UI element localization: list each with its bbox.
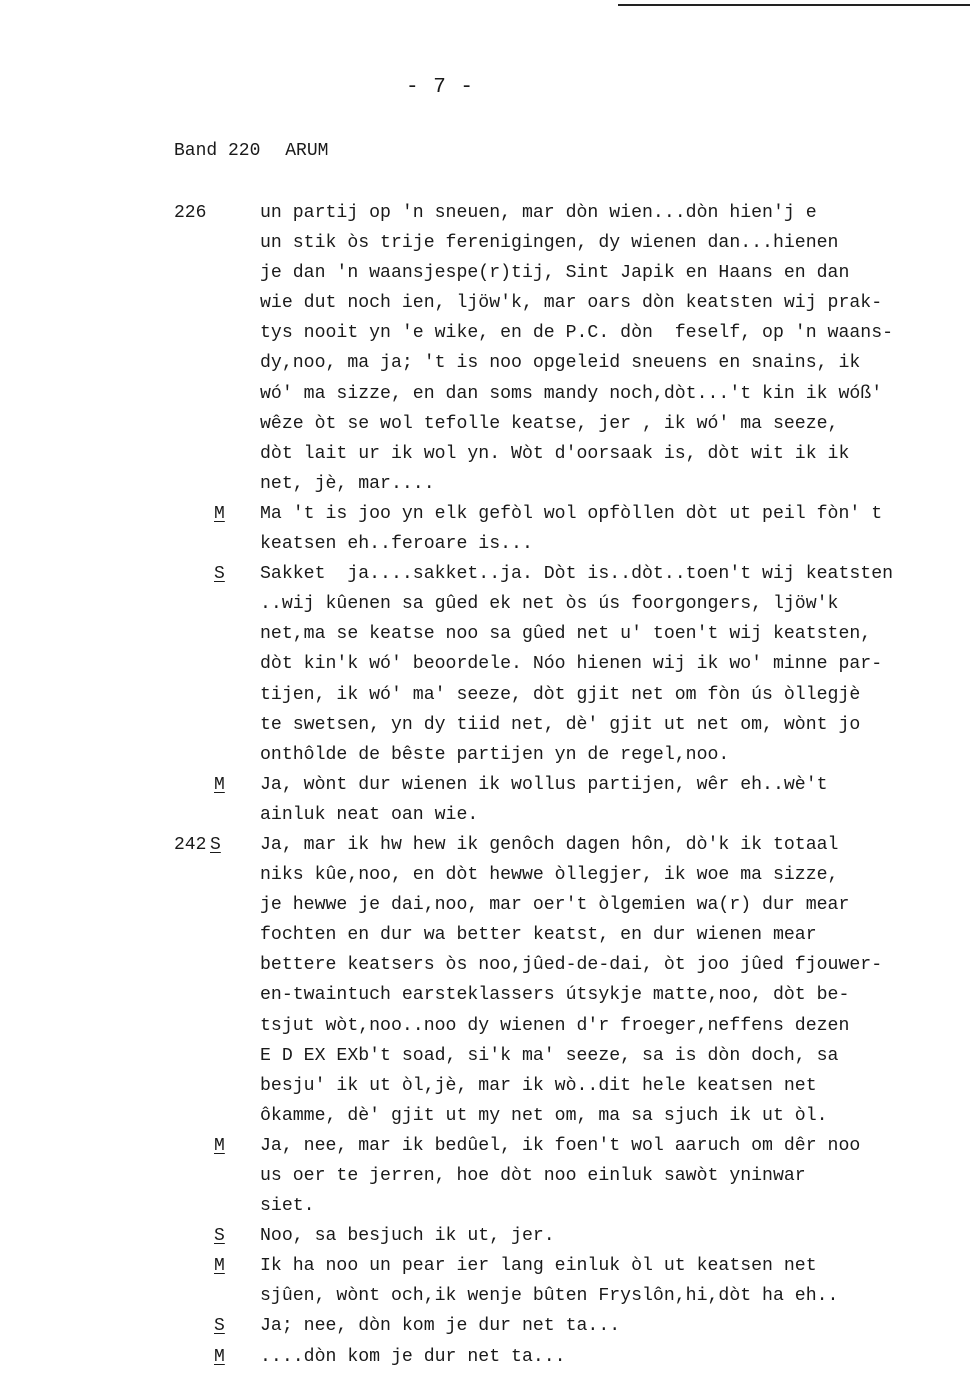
speaker-label: S xyxy=(214,1311,225,1341)
line-text: tys nooit yn 'e wike, en de P.C. dòn fes… xyxy=(260,323,893,343)
transcript-line: dòt kin'k wó' beoordele. Nóo hienen wij … xyxy=(0,649,973,679)
line-text: wó' ma sizze, en dan soms mandy noch,dòt… xyxy=(260,384,882,404)
line-text: Ik ha noo un pear ier lang einluk òl ut … xyxy=(260,1256,817,1276)
transcript-line: 226un partij op 'n sneuen, mar dòn wien.… xyxy=(0,198,973,228)
transcript: 226un partij op 'n sneuen, mar dòn wien.… xyxy=(0,198,973,1372)
line-text: dy,noo, ma ja; 't is noo opgeleid sneuen… xyxy=(260,353,860,373)
line-text: Ja, wònt dur wienen ik wollus partijen, … xyxy=(260,775,828,795)
line-text: ainluk neat oan wie. xyxy=(260,805,478,825)
line-text: je dan 'n waansjespe(r)tij, Sint Japik e… xyxy=(260,263,849,283)
transcript-line: SNoo, sa besjuch ik ut, jer. xyxy=(0,1221,973,1251)
line-text: je hewwe je dai,noo, mar oer't òlgemien … xyxy=(260,895,849,915)
line-text: Sakket ja....sakket..ja. Dòt is..dòt..to… xyxy=(260,564,893,584)
line-text: siet. xyxy=(260,1196,315,1216)
line-text: Noo, sa besjuch ik ut, jer. xyxy=(260,1226,555,1246)
line-text: dòt kin'k wó' beoordele. Nóo hienen wij … xyxy=(260,654,882,674)
transcript-line: je hewwe je dai,noo, mar oer't òlgemien … xyxy=(0,890,973,920)
line-text: net,ma se keatse noo sa gûed net u' toen… xyxy=(260,624,871,644)
transcript-line: SJa; nee, dòn kom je dur net ta... xyxy=(0,1311,973,1341)
line-number: 226 xyxy=(174,198,206,228)
location-label: ARUM xyxy=(285,141,328,161)
line-text: ..wij kûenen sa gûed ek net òs ús foorgo… xyxy=(260,594,838,614)
line-text: Ma 't is joo yn elk gefòl wol opfòllen d… xyxy=(260,504,882,524)
speaker-label: M xyxy=(214,499,225,529)
transcript-line: MJa, nee, mar ik bedûel, ik foen't wol a… xyxy=(0,1131,973,1161)
transcript-line: E D EX EXb't soad, si'k ma' seeze, sa is… xyxy=(0,1041,973,1071)
transcript-line: net,ma se keatse noo sa gûed net u' toen… xyxy=(0,619,973,649)
line-text: bettere keatsers òs noo,jûed-de-dai, òt … xyxy=(260,955,882,975)
speaker-label: S xyxy=(214,559,225,589)
transcript-line: ôkamme, dè' gjit ut my net om, ma sa sju… xyxy=(0,1101,973,1131)
line-number: 242 xyxy=(174,830,206,860)
transcript-line: sjûen, wònt och,ik wenje bûten Fryslôn,h… xyxy=(0,1281,973,1311)
speaker-label: M xyxy=(214,1131,225,1161)
line-text: Ja, nee, mar ik bedûel, ik foen't wol aa… xyxy=(260,1136,860,1156)
transcript-line: wó' ma sizze, en dan soms mandy noch,dòt… xyxy=(0,379,973,409)
transcript-line: fochten en dur wa better keatst, en dur … xyxy=(0,920,973,950)
transcript-line: niks kûe,noo, en dòt hewwe òllegjer, ik … xyxy=(0,860,973,890)
line-text: dòt lait ur ik wol yn. Wòt d'oorsaak is,… xyxy=(260,444,849,464)
transcript-line: net, jè, mar.... xyxy=(0,469,973,499)
transcript-line: tsjut wòt,noo..noo dy wienen d'r froeger… xyxy=(0,1011,973,1041)
line-text: net, jè, mar.... xyxy=(260,474,435,494)
transcript-turn: SSakket ja....sakket..ja. Dòt is..dòt..t… xyxy=(0,559,973,770)
transcript-line: je dan 'n waansjespe(r)tij, Sint Japik e… xyxy=(0,258,973,288)
transcript-line: tijen, ik wó' ma' seeze, dòt gjit net om… xyxy=(0,680,973,710)
line-text: ....dòn kom je dur net ta... xyxy=(260,1347,566,1367)
transcript-turn: 242SJa, mar ik hw hew ik genôch dagen hô… xyxy=(0,830,973,1131)
transcript-line: ..wij kûenen sa gûed ek net òs ús foorgo… xyxy=(0,589,973,619)
transcript-line: onthôlde de bêste partijen yn de regel,n… xyxy=(0,740,973,770)
line-text: niks kûe,noo, en dòt hewwe òllegjer, ik … xyxy=(260,865,838,885)
band-label: Band 220 xyxy=(174,141,260,161)
line-text: us oer te jerren, hoe dòt noo einluk saw… xyxy=(260,1166,806,1186)
transcript-turn: MMa 't is joo yn elk gefòl wol opfòllen … xyxy=(0,499,973,559)
page-number: - 7 - xyxy=(406,76,474,99)
transcript-turn: MIk ha noo un pear ier lang einluk òl ut… xyxy=(0,1251,973,1311)
line-text: un partij op 'n sneuen, mar dòn wien...d… xyxy=(260,203,817,223)
transcript-line: MJa, wònt dur wienen ik wollus partijen,… xyxy=(0,770,973,800)
line-text: wie dut noch ien, ljöw'k, mar oars dòn k… xyxy=(260,293,882,313)
transcript-line: en-twaintuch earsteklassers útsykje matt… xyxy=(0,980,973,1010)
line-text: tsjut wòt,noo..noo dy wienen d'r froeger… xyxy=(260,1016,849,1036)
transcript-turn: MJa, nee, mar ik bedûel, ik foen't wol a… xyxy=(0,1131,973,1221)
transcript-line: tys nooit yn 'e wike, en de P.C. dòn fes… xyxy=(0,318,973,348)
transcript-line: SSakket ja....sakket..ja. Dòt is..dòt..t… xyxy=(0,559,973,589)
transcript-line: M....dòn kom je dur net ta... xyxy=(0,1342,973,1372)
transcript-line: wie dut noch ien, ljöw'k, mar oars dòn k… xyxy=(0,288,973,318)
transcript-turn: M....dòn kom je dur net ta... xyxy=(0,1342,973,1372)
line-text: E D EX EXb't soad, si'k ma' seeze, sa is… xyxy=(260,1046,838,1066)
transcript-line: MIk ha noo un pear ier lang einluk òl ut… xyxy=(0,1251,973,1281)
transcript-line: dy,noo, ma ja; 't is noo opgeleid sneuen… xyxy=(0,348,973,378)
line-text: en-twaintuch earsteklassers útsykje matt… xyxy=(260,985,849,1005)
transcript-line: bettere keatsers òs noo,jûed-de-dai, òt … xyxy=(0,950,973,980)
line-text: te swetsen, yn dy tiid net, dè' gjit ut … xyxy=(260,715,860,735)
transcript-turn: SJa; nee, dòn kom je dur net ta... xyxy=(0,1311,973,1341)
transcript-turn: 226un partij op 'n sneuen, mar dòn wien.… xyxy=(0,198,973,499)
line-text: wêze òt se wol tefolle keatse, jer , ik … xyxy=(260,414,838,434)
line-text: onthôlde de bêste partijen yn de regel,n… xyxy=(260,745,729,765)
transcript-line: keatsen eh..feroare is... xyxy=(0,529,973,559)
transcript-line: te swetsen, yn dy tiid net, dè' gjit ut … xyxy=(0,710,973,740)
speaker-label: M xyxy=(214,770,225,800)
top-rule xyxy=(618,4,970,6)
transcript-line: 242SJa, mar ik hw hew ik genôch dagen hô… xyxy=(0,830,973,860)
speaker-label: M xyxy=(214,1251,225,1281)
transcript-line: MMa 't is joo yn elk gefòl wol opfòllen … xyxy=(0,499,973,529)
transcript-turn: SNoo, sa besjuch ik ut, jer. xyxy=(0,1221,973,1251)
transcript-line: ainluk neat oan wie. xyxy=(0,800,973,830)
transcript-line: wêze òt se wol tefolle keatse, jer , ik … xyxy=(0,409,973,439)
transcript-line: siet. xyxy=(0,1191,973,1221)
transcript-line: un stik òs trije ferenigingen, dy wienen… xyxy=(0,228,973,258)
transcript-line: besju' ik ut òl,jè, mar ik wò..dit hele … xyxy=(0,1071,973,1101)
line-text: Ja, mar ik hw hew ik genôch dagen hôn, d… xyxy=(260,835,838,855)
line-text: keatsen eh..feroare is... xyxy=(260,534,533,554)
band-header: Band 220 ARUM xyxy=(174,141,342,161)
transcript-turn: MJa, wònt dur wienen ik wollus partijen,… xyxy=(0,770,973,830)
line-text: fochten en dur wa better keatst, en dur … xyxy=(260,925,817,945)
speaker-label: S xyxy=(210,830,221,860)
speaker-label: M xyxy=(214,1342,225,1372)
line-text: Ja; nee, dòn kom je dur net ta... xyxy=(260,1316,620,1336)
transcript-line: us oer te jerren, hoe dòt noo einluk saw… xyxy=(0,1161,973,1191)
line-text: besju' ik ut òl,jè, mar ik wò..dit hele … xyxy=(260,1076,817,1096)
line-text: ôkamme, dè' gjit ut my net om, ma sa sju… xyxy=(260,1106,828,1126)
line-text: tijen, ik wó' ma' seeze, dòt gjit net om… xyxy=(260,685,860,705)
line-text: un stik òs trije ferenigingen, dy wienen… xyxy=(260,233,838,253)
transcript-line: dòt lait ur ik wol yn. Wòt d'oorsaak is,… xyxy=(0,439,973,469)
speaker-label: S xyxy=(214,1221,225,1251)
line-text: sjûen, wònt och,ik wenje bûten Fryslôn,h… xyxy=(260,1286,838,1306)
